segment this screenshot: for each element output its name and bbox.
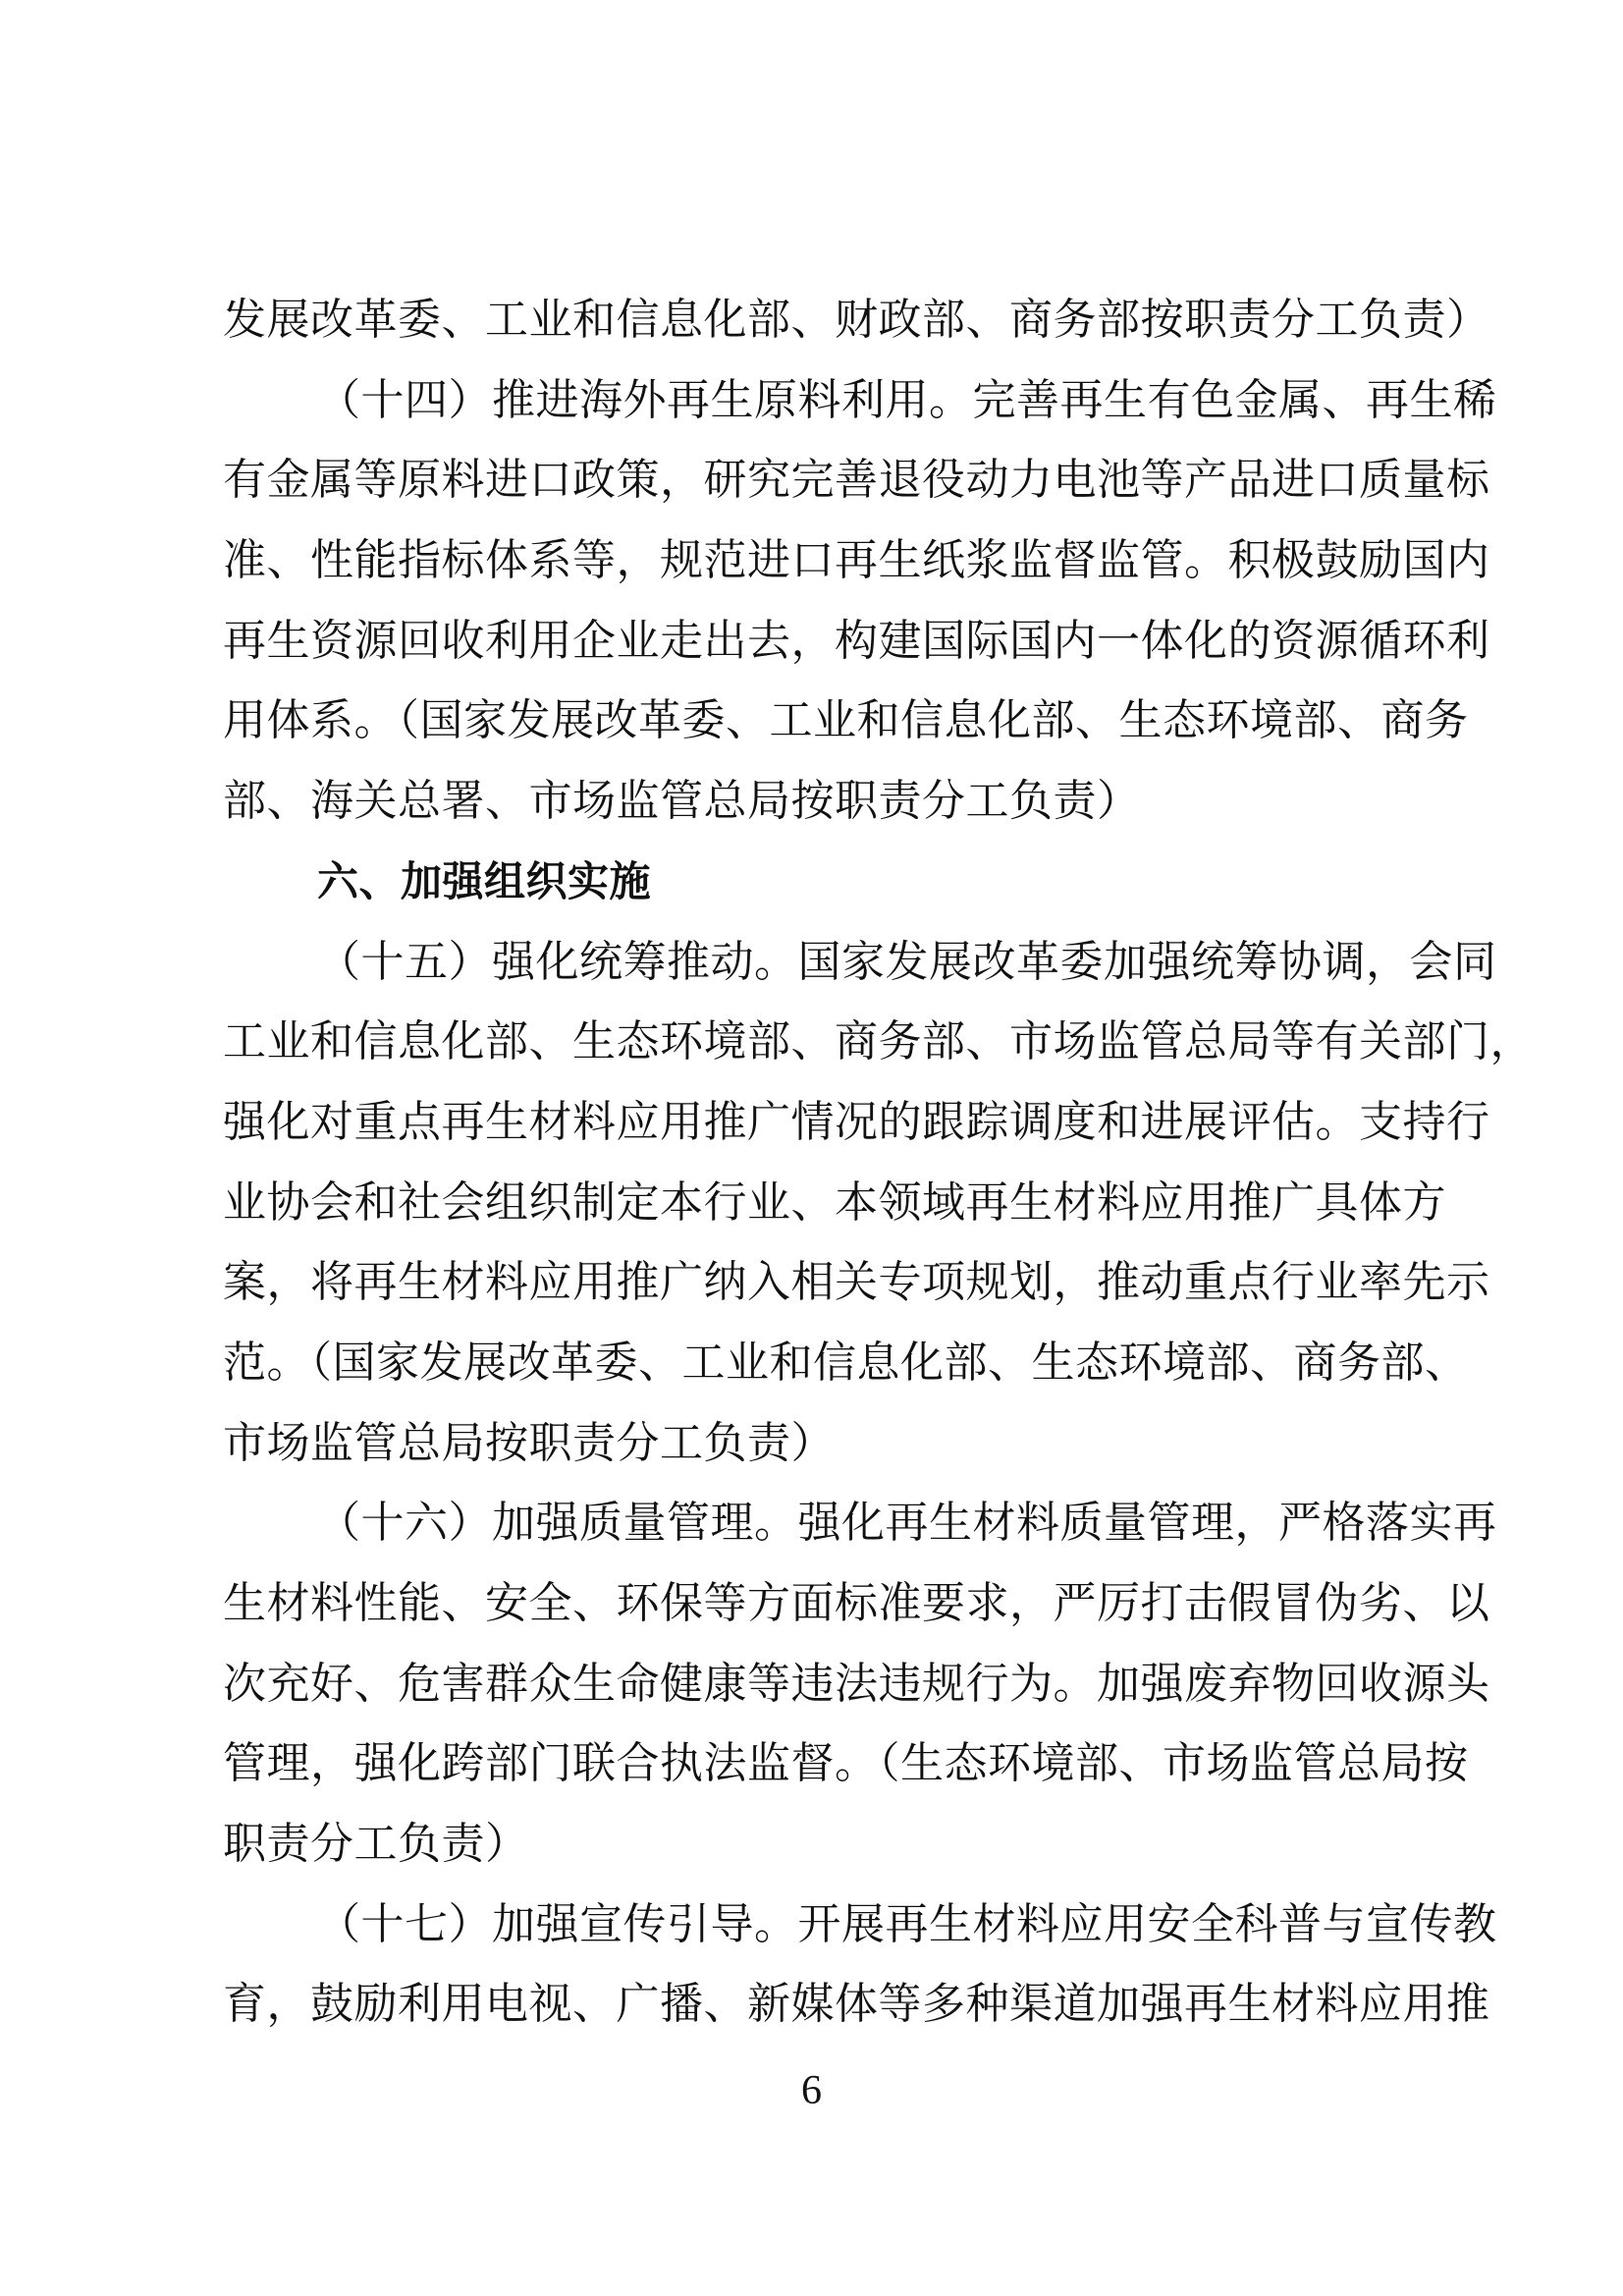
subsection-15-line: （十五）强化统筹推动。国家发展改革委加强统筹协调，会同 <box>223 922 1403 1003</box>
page-number: 6 <box>0 2067 1623 2114</box>
subsection-17-line: （十七）加强宣传引导。开展再生材料应用安全科普与宣传教 <box>223 1885 1403 1965</box>
paragraph-line: 发展改革委、工业和信息化部、财政部、商务部按职责分工负责） <box>223 280 1403 360</box>
document-page: 发展改革委、工业和信息化部、财政部、商务部按职责分工负责） （十四）推进海外再生… <box>0 0 1623 2296</box>
subsection-14-line: （十四）推进海外再生原料利用。完善再生有色金属、再生稀 <box>223 360 1403 441</box>
subsection-16-line: （十六）加强质量管理。强化再生材料质量管理，严格落实再 <box>223 1483 1403 1563</box>
paragraph-line: 工业和信息化部、生态环境部、商务部、市场监管总局等有关部门， <box>223 1002 1403 1082</box>
paragraph-line: 部、海关总署、市场监管总局按职责分工负责） <box>223 761 1403 842</box>
paragraph-line: 市场监管总局按职责分工负责） <box>223 1403 1403 1484</box>
paragraph-line: 生材料性能、安全、环保等方面标准要求，严厉打击假冒伪劣、以 <box>223 1563 1403 1644</box>
paragraph-line: 管理，强化跨部门联合执法监督。（生态环境部、市场监管总局按 <box>223 1723 1403 1804</box>
paragraph-line: 准、性能指标体系等，规范进口再生纸浆监督监管。积极鼓励国内 <box>223 520 1403 601</box>
paragraph-line: 育，鼓励利用电视、广播、新媒体等多种渠道加强再生材料应用推 <box>223 1964 1403 2045</box>
paragraph-line: 用体系。（国家发展改革委、工业和信息化部、生态环境部、商务 <box>223 681 1403 761</box>
body-text: 发展改革委、工业和信息化部、财政部、商务部按职责分工负责） （十四）推进海外再生… <box>223 280 1403 2045</box>
paragraph-line: 职责分工负责） <box>223 1804 1403 1885</box>
section-heading: 六、加强组织实施 <box>223 842 1403 922</box>
paragraph-line: 次充好、危害群众生命健康等违法违规行为。加强废弃物回收源头 <box>223 1644 1403 1724</box>
paragraph-line: 再生资源回收利用企业走出去，构建国际国内一体化的资源循环利 <box>223 601 1403 682</box>
paragraph-line: 有金属等原料进口政策，研究完善退役动力电池等产品进口质量标 <box>223 440 1403 520</box>
paragraph-line: 强化对重点再生材料应用推广情况的跟踪调度和进展评估。支持行 <box>223 1082 1403 1163</box>
paragraph-line: 范。（国家发展改革委、工业和信息化部、生态环境部、商务部、 <box>223 1323 1403 1403</box>
paragraph-line: 案，将再生材料应用推广纳入相关专项规划，推动重点行业率先示 <box>223 1242 1403 1323</box>
paragraph-line: 业协会和社会组织制定本行业、本领域再生材料应用推广具体方 <box>223 1163 1403 1243</box>
